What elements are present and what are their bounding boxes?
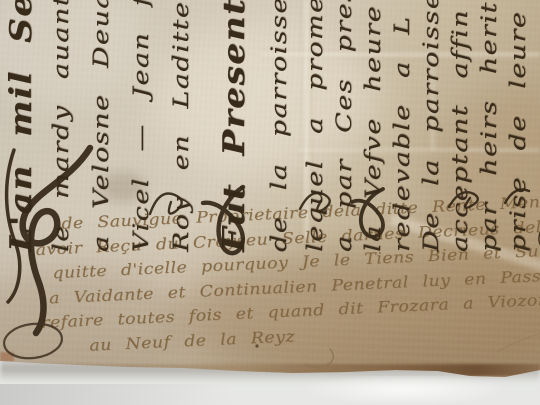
manuscript-line: De la parroisse <box>417 0 446 252</box>
manuscript-line: acceptant affin <box>446 0 475 252</box>
manuscript-line: Roy en Laditte ville <box>166 0 197 252</box>
manuscript-line: la Vefve heure <box>359 0 388 252</box>
manuscript-line: par heirs heritier <box>475 0 504 252</box>
manuscript-line: Vicel — Jean forr <box>126 0 157 252</box>
manuscript-line: Ce <box>533 0 540 252</box>
manuscript-photo: de Sauvigue Proprietaire dela ditte Rent… <box>0 0 540 405</box>
main-manuscript-text: L'an mil Sept le mardy auant a Velosne D… <box>6 0 540 252</box>
manuscript-line: prise de leure <box>504 0 533 252</box>
manuscript-line: a Velosne Deuant <box>86 0 117 252</box>
manuscript-line: redevable a L <box>388 0 417 252</box>
manuscript-line: Fut Present <box>219 0 250 252</box>
manuscript-line: lequel a promene et <box>301 0 330 252</box>
torn-edge-nick <box>0 352 14 362</box>
table-surface-shading <box>0 384 230 405</box>
manuscript-line: le mardy auant <box>46 0 77 252</box>
manuscript-line: a par Ces presentes <box>330 0 359 252</box>
manuscript-line: L'an mil Sept <box>6 0 37 252</box>
table-surface-highlight <box>300 376 510 405</box>
manuscript-line: de la parroisse et <box>264 0 295 252</box>
